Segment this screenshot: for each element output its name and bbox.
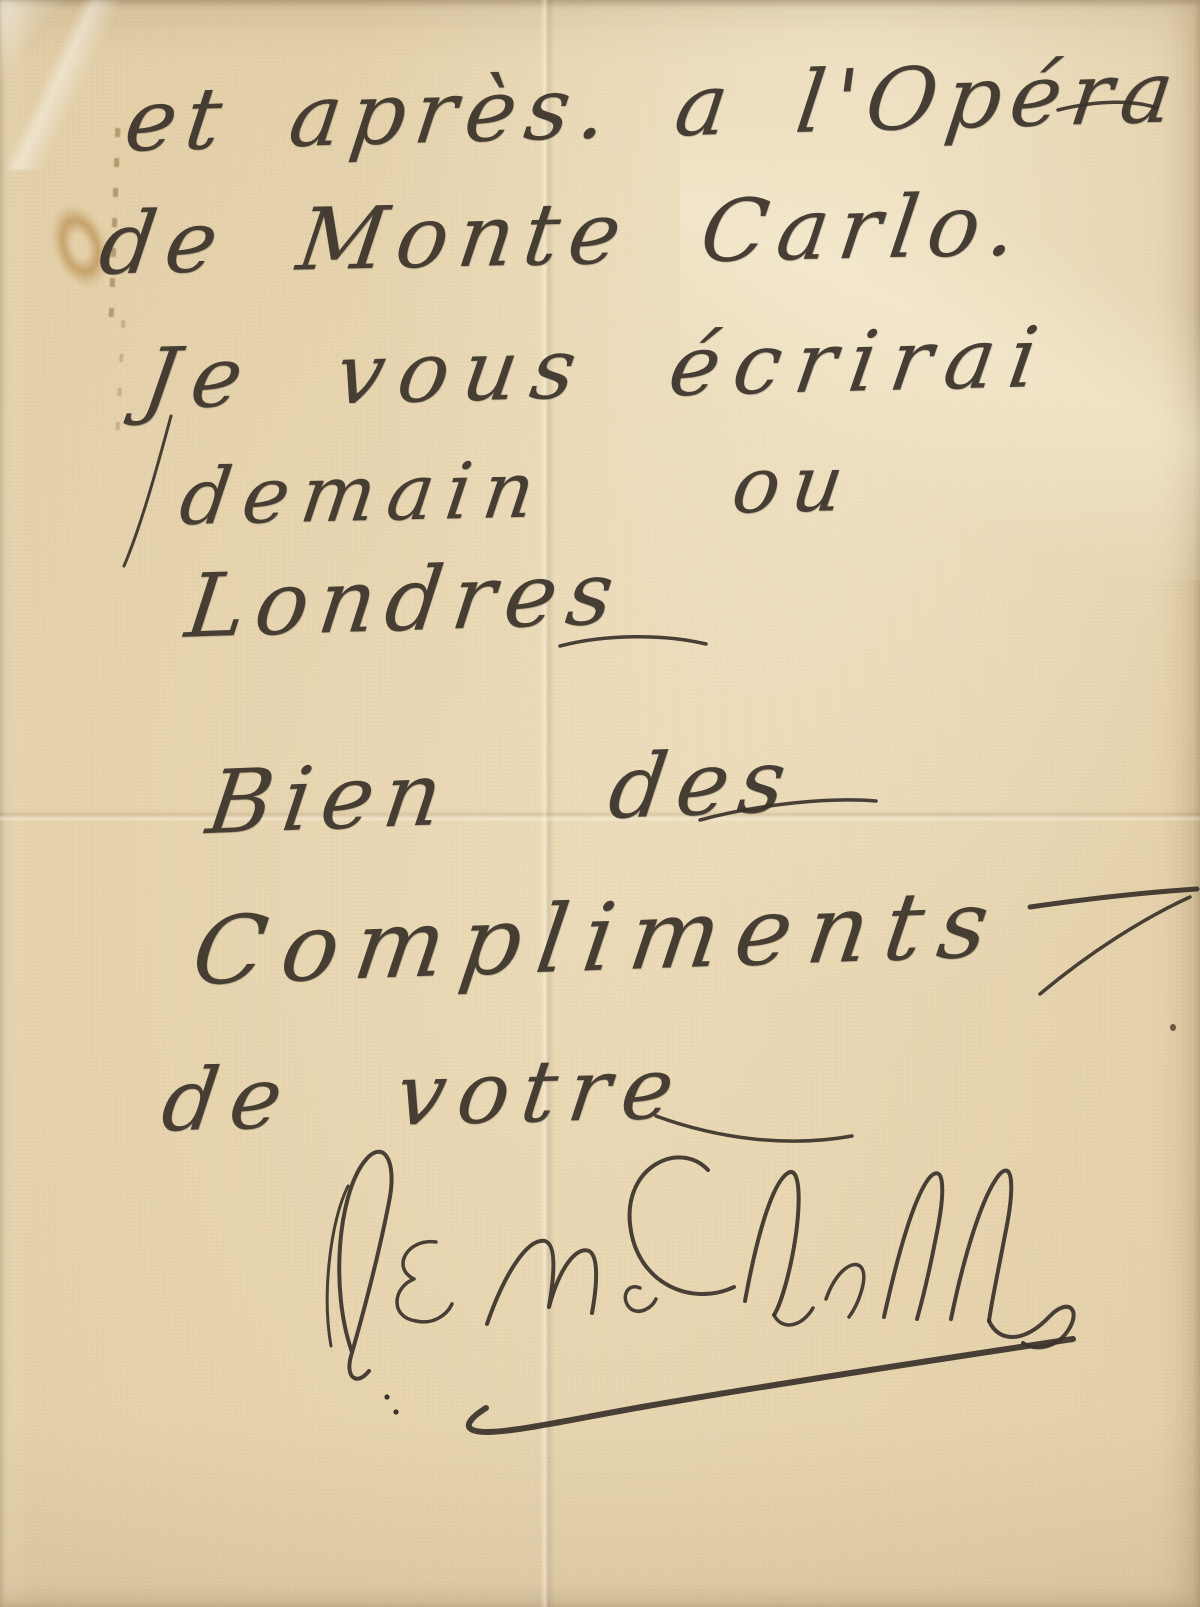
votre-tail-flourish — [656, 1116, 852, 1141]
handwriting-line-7: Compliments — [187, 878, 1010, 1000]
handwriting-line-1: et après. a l'Opéra — [120, 49, 1187, 164]
ink-bleed-dashes-faint — [115, 320, 126, 450]
handwriting-line-2: de Monte Carlo. — [95, 182, 1032, 287]
letter-page: et après. a l'Opéra de Monte Carlo. Je v… — [0, 0, 1200, 1607]
handwriting-line-8: de votre — [157, 1046, 691, 1145]
ink-speck — [1170, 1024, 1176, 1031]
signature-underline — [469, 1339, 1073, 1432]
handwriting-line-5: Londres — [181, 549, 628, 651]
compliments-t-flourish — [1030, 889, 1197, 994]
je-descender-flourish — [124, 416, 171, 566]
handwriting-line-6: Bien des — [202, 737, 801, 847]
handwriting-line-4: demain ou — [176, 445, 861, 537]
handwriting-line-3: Je vous écrirai — [138, 315, 1057, 421]
signature-scribble — [327, 1152, 1073, 1415]
